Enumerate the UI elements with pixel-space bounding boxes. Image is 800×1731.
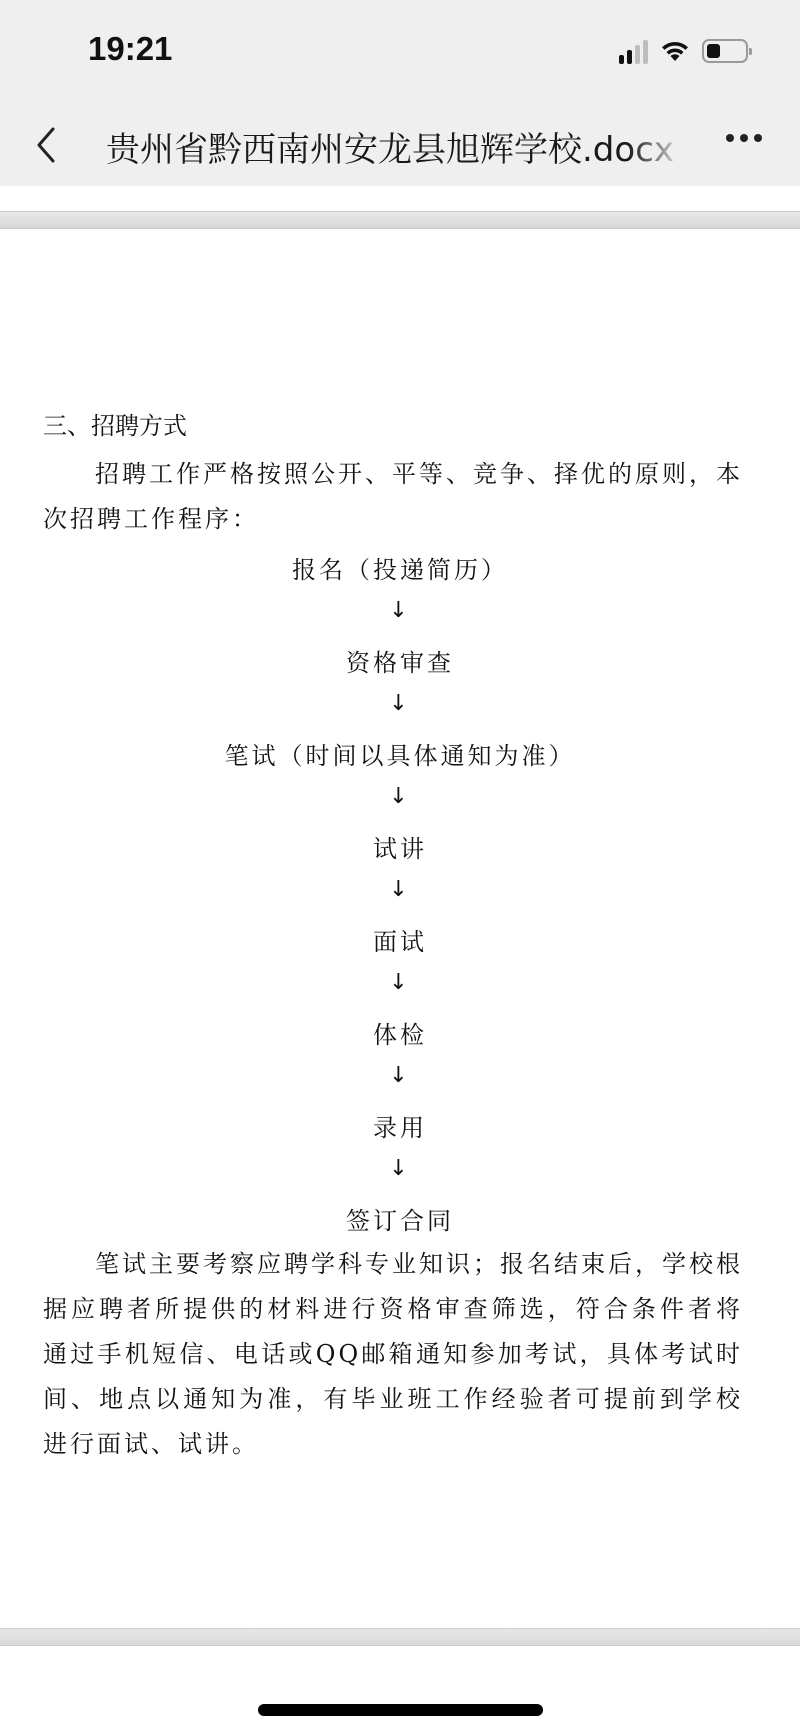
status-time: 19:21	[88, 30, 172, 68]
chevron-left-icon	[35, 126, 57, 164]
section-heading: 三、招聘方式	[43, 406, 187, 441]
flow-step-1: 报名（投递简历）	[0, 550, 800, 585]
flow-arrow-icon: ↓	[0, 691, 800, 716]
flow-step-6: 体检	[0, 1015, 800, 1050]
flow-arrow-icon: ↓	[0, 877, 800, 902]
flow-step-7: 录用	[0, 1108, 800, 1143]
closing-paragraph: 笔试主要考察应聘学科专业知识；报名结束后，学校根据应聘者所提供的材料进行资格审查…	[43, 1242, 743, 1467]
flow-step-5: 面试	[0, 922, 800, 957]
more-dot	[754, 134, 762, 142]
back-button[interactable]	[26, 120, 66, 170]
status-bar: 19:21	[0, 0, 800, 108]
more-dot	[740, 134, 748, 142]
cellular-signal-icon	[619, 38, 648, 64]
status-icons	[619, 38, 748, 64]
page-separator-top	[0, 211, 800, 229]
flow-arrow-icon: ↓	[0, 1063, 800, 1088]
flow-arrow-icon: ↓	[0, 598, 800, 623]
battery-low-icon	[702, 39, 748, 63]
flow-step-4: 试讲	[0, 829, 800, 864]
wifi-icon	[660, 39, 690, 63]
flow-arrow-icon: ↓	[0, 784, 800, 809]
navigation-bar: 贵州省黔西南州安龙县旭辉学校.docx	[0, 108, 800, 186]
more-horizontal-icon	[726, 134, 734, 142]
flow-arrow-icon: ↓	[0, 970, 800, 995]
flow-step-2: 资格审查	[0, 643, 800, 678]
page-separator-bottom	[0, 1628, 800, 1646]
document-title: 贵州省黔西南州安龙县旭辉学校.docx	[106, 122, 686, 171]
flow-step-3: 笔试（时间以具体通知为准）	[0, 736, 800, 771]
flow-arrow-icon: ↓	[0, 1156, 800, 1181]
intro-paragraph: 招聘工作严格按照公开、平等、竞争、择优的原则，本次招聘工作程序：	[43, 452, 743, 542]
flow-step-8: 签订合同	[0, 1201, 800, 1236]
more-options-button[interactable]	[726, 134, 762, 142]
home-indicator[interactable]	[258, 1704, 543, 1716]
